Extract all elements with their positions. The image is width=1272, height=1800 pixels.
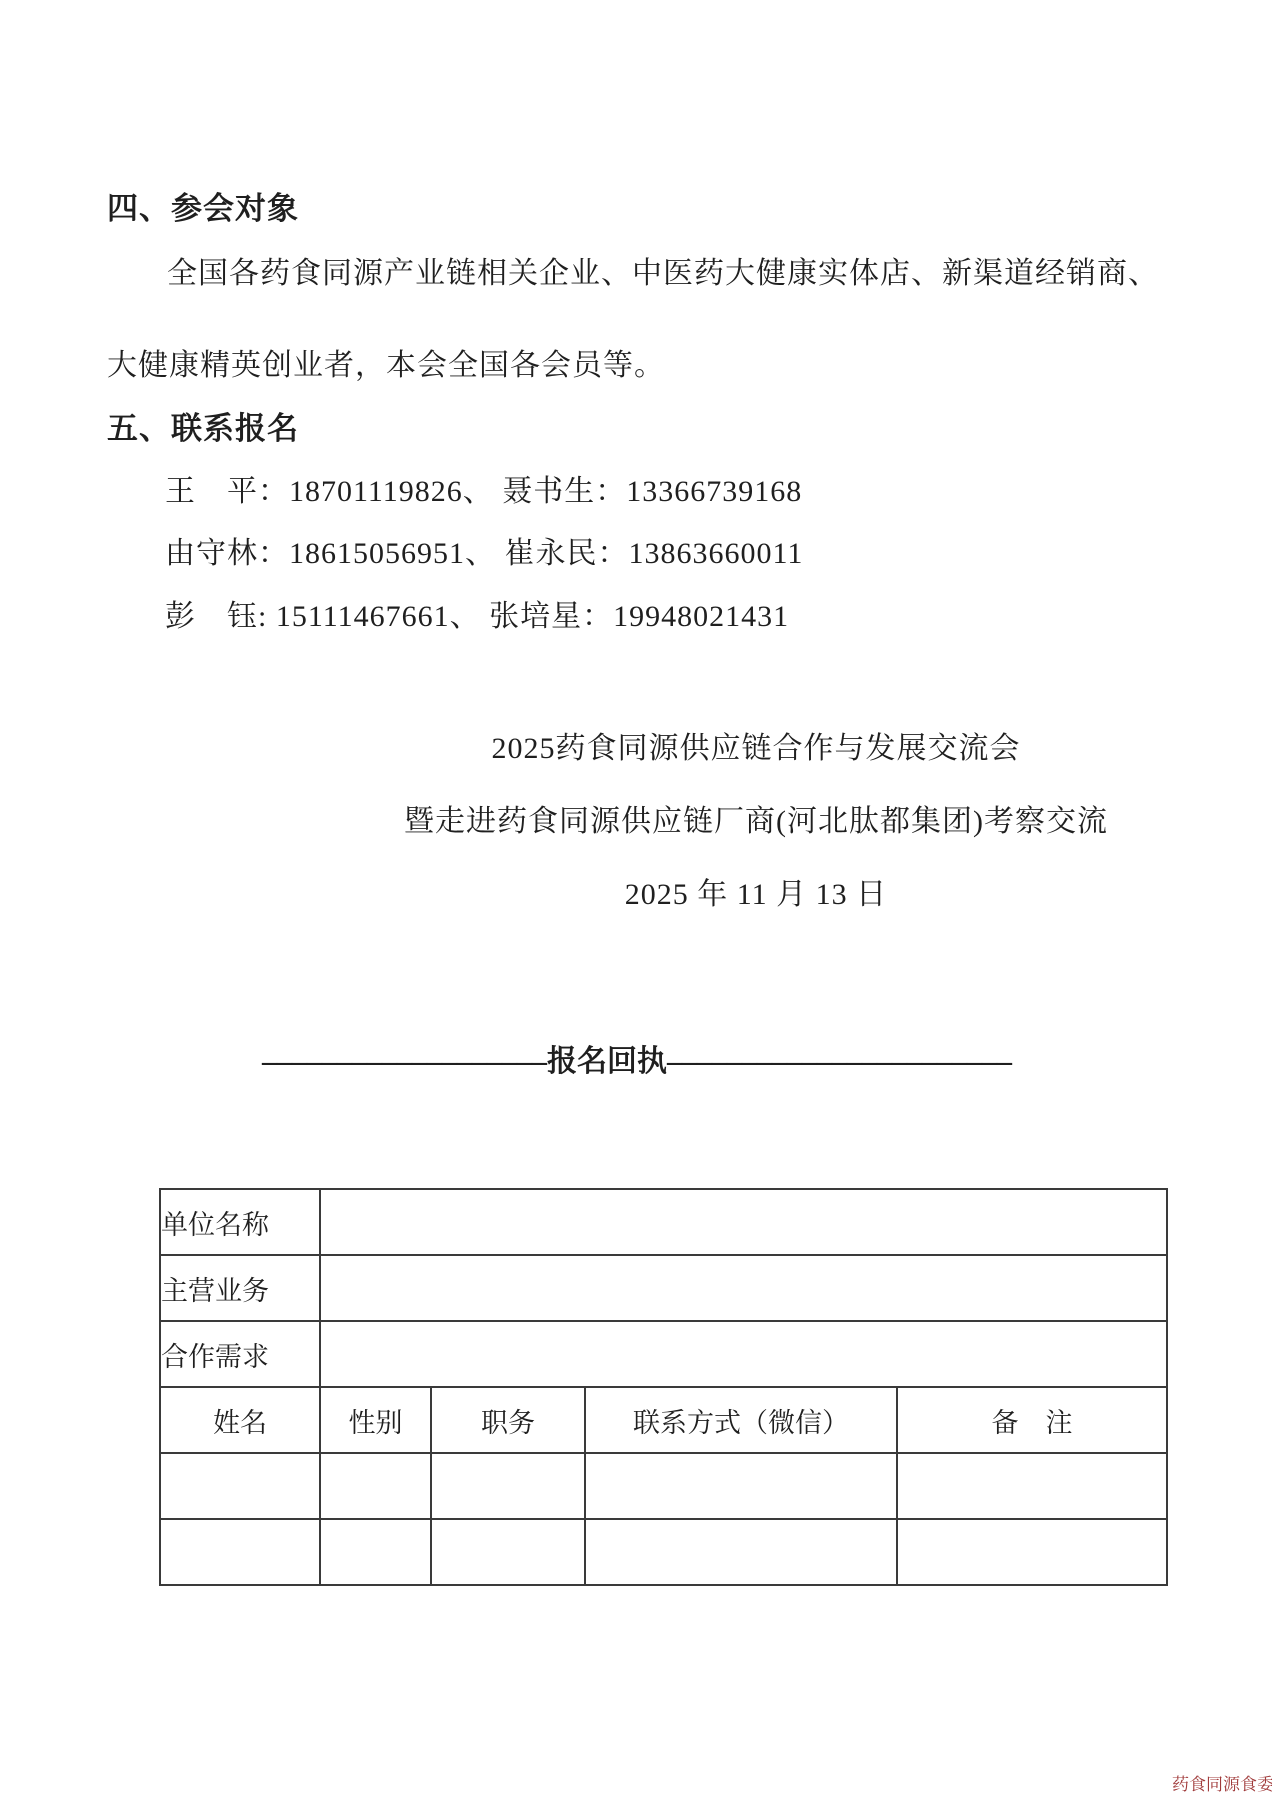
table-row-main-business: 主营业务 [160,1255,1167,1321]
empty-cell [160,1453,320,1519]
attendees-paragraph-line-2: 大健康精英创业者，本会全国各会员等。 [107,340,665,384]
site-watermark: 药食同源食委会 [1172,1770,1272,1795]
empty-cell [585,1453,897,1519]
table-row-company-name: 单位名称 [160,1189,1167,1255]
section-heading-attendees: 四、参会对象 [107,183,299,228]
event-date: 2025 年 11 月 13 日 [240,858,1272,931]
table-empty-row [160,1519,1167,1585]
label-cell-cooperation-needs: 合作需求 [160,1321,320,1387]
registration-table: 单位名称 主营业务 合作需求 姓名 性别 职务 联系方式（微信） 备 注 [159,1188,1168,1586]
value-cell-company-name [320,1189,1167,1255]
contact-line-1: 王 平：18701119826、 聂书生：13366739168 [165,466,802,510]
section-heading-contact: 五、联系报名 [107,403,299,448]
header-cell-contact-wechat: 联系方式（微信） [585,1387,897,1453]
header-cell-position: 职务 [431,1387,585,1453]
value-cell-main-business [320,1255,1167,1321]
label-cell-company-name: 单位名称 [160,1189,320,1255]
empty-cell [431,1519,585,1585]
empty-cell [897,1453,1167,1519]
header-cell-remarks: 备 注 [897,1387,1167,1453]
empty-cell [897,1519,1167,1585]
empty-cell [431,1453,585,1519]
empty-cell [320,1519,431,1585]
registration-divider: –––––––––––––––––––报名回执–––––––––––––––––… [262,1036,1012,1080]
contact-line-2: 由守林：18615056951、 崔永民：13863660011 [165,528,803,572]
label-cell-main-business: 主营业务 [160,1255,320,1321]
table-empty-row [160,1453,1167,1519]
header-cell-gender: 性别 [320,1387,431,1453]
table-row-cooperation-needs: 合作需求 [160,1321,1167,1387]
divider-dashes-right: ––––––––––––––––––––––– [667,1045,1012,1078]
empty-cell [320,1453,431,1519]
table-header-row: 姓名 性别 职务 联系方式（微信） 备 注 [160,1387,1167,1453]
contact-line-3: 彭 钰: 15111467661、 张培星：19948021431 [165,591,789,635]
empty-cell [160,1519,320,1585]
divider-dashes-left: ––––––––––––––––––– [262,1045,547,1078]
document-page: 四、参会对象 全国各药食同源产业链相关企业、中医药大健康实体店、新渠道经销商、 … [0,0,1272,1800]
attendees-paragraph-line-1: 全国各药食同源产业链相关企业、中医药大健康实体店、新渠道经销商、 [167,248,1159,292]
value-cell-cooperation-needs [320,1321,1167,1387]
divider-label: 报名回执 [547,1045,667,1078]
event-title-line-2: 暨走进药食同源供应链厂商(河北肽都集团)考察交流 [240,785,1272,858]
event-title-line-1: 2025药食同源供应链合作与发展交流会 [240,712,1272,785]
signature-block: 2025药食同源供应链合作与发展交流会 暨走进药食同源供应链厂商(河北肽都集团)… [240,712,1272,931]
header-cell-name: 姓名 [160,1387,320,1453]
empty-cell [585,1519,897,1585]
